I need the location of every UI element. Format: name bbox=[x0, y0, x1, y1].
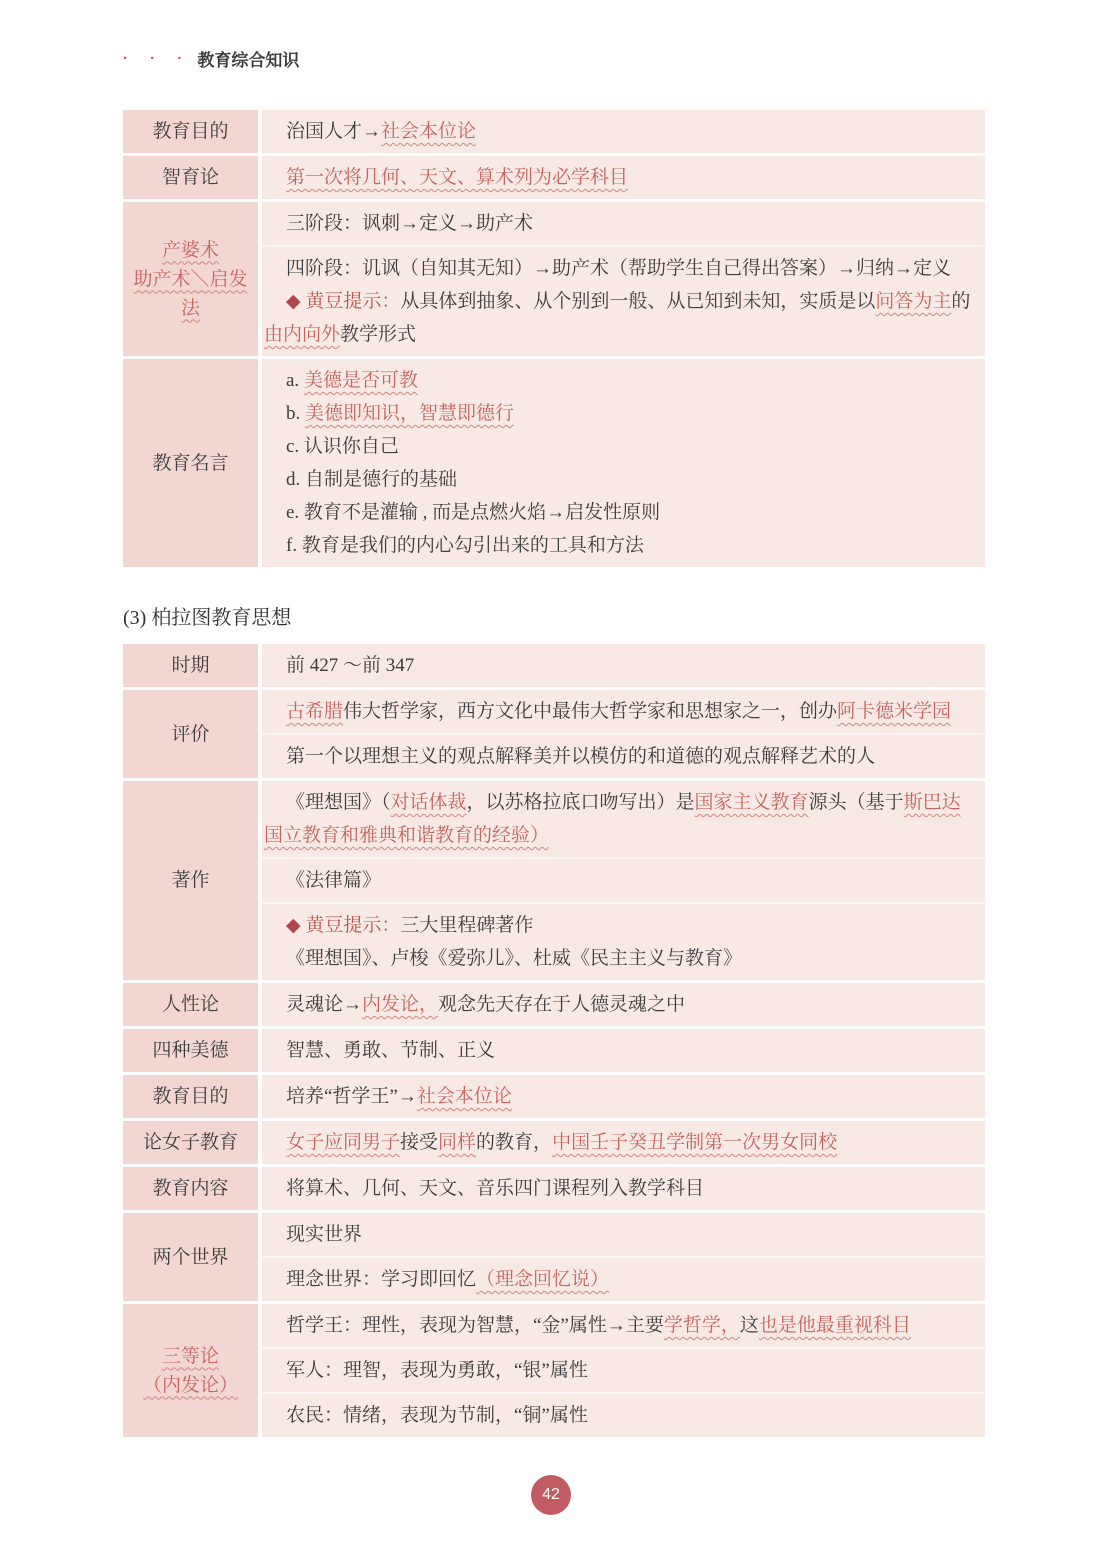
content-paragraph: 《理想国》（对话体裁，以苏格拉底口吻写出）是国家主义教育源头（基于斯巴达国立教育… bbox=[264, 786, 973, 852]
text-run: 《法律篇》 bbox=[286, 870, 381, 891]
text-run: 阿卡德米学园 bbox=[837, 701, 951, 722]
row-label: 三等论（内发论） bbox=[123, 1304, 258, 1437]
label-line: 智育论 bbox=[162, 163, 219, 192]
text-run: a. bbox=[286, 370, 304, 391]
content-paragraph: 智慧、勇敢、节制、正义 bbox=[264, 1034, 973, 1067]
table-row: 评价古希腊伟大哲学家，西方文化中最伟大哲学家和思想家之一，创办阿卡德米学园第一个… bbox=[123, 690, 985, 778]
text-run: 军人：理智，表现为勇敢，“银”属性 bbox=[286, 1360, 588, 1381]
section-heading: (3) 柏拉图教育思想 bbox=[123, 601, 985, 630]
page-header: · · · 教育综合知识 bbox=[123, 46, 985, 70]
row-label: 产婆术助产术＼启发法 bbox=[123, 202, 258, 356]
text-run: 理念世界：学习即回忆 bbox=[286, 1269, 476, 1290]
text-run: 助产术＼启发法 bbox=[133, 269, 247, 319]
page-footer: 42 bbox=[0, 1437, 1102, 1541]
text-run: 教育目的 bbox=[152, 121, 228, 142]
text-run: 接受 bbox=[400, 1132, 438, 1153]
text-run: （内发论） bbox=[143, 1375, 238, 1396]
header-title: 教育综合知识 bbox=[197, 46, 299, 71]
row-label: 两个世界 bbox=[123, 1213, 258, 1301]
row-label: 教育名言 bbox=[123, 359, 258, 567]
content-paragraph: 培养“哲学王”→社会本位论 bbox=[264, 1080, 973, 1113]
text-run: 同样 bbox=[438, 1132, 476, 1153]
text-run: 产婆术 bbox=[162, 240, 219, 261]
text-run: ，以苏格拉底口吻写出）是 bbox=[467, 792, 695, 813]
content-subrow: 古希腊伟大哲学家，西方文化中最伟大哲学家和思想家之一，创办阿卡德米学园 bbox=[262, 690, 985, 733]
text-run: 美德是否可教 bbox=[304, 370, 418, 391]
text-run: 论女子教育 bbox=[143, 1132, 238, 1153]
text-run: 这 bbox=[740, 1315, 759, 1336]
text-run: 黄豆提示： bbox=[305, 291, 400, 312]
content-subrow: 治国人才→社会本位论 bbox=[262, 110, 985, 153]
content-paragraph: 古希腊伟大哲学家，西方文化中最伟大哲学家和思想家之一，创办阿卡德米学园 bbox=[264, 695, 973, 728]
content-paragraph: 第一个以理想主义的观点解释美并以模仿的和道德的观点解释艺术的人 bbox=[264, 740, 973, 773]
header-dots-icon: · · · bbox=[123, 50, 191, 67]
row-label: 评价 bbox=[123, 690, 258, 778]
content-paragraph: 三阶段：讽刺→定义→助产术 bbox=[264, 207, 973, 240]
text-run: 美德即知识，智慧即德行 bbox=[305, 403, 514, 424]
content-subrow: 哲学王：理性，表现为智慧，“金”属性→主要学哲学，这也是他最重视科目 bbox=[262, 1304, 985, 1347]
row-label: 教育内容 bbox=[123, 1167, 258, 1210]
content-paragraph: 灵魂论→内发论，观念先天存在于人德灵魂之中 bbox=[264, 988, 973, 1021]
label-line: 论女子教育 bbox=[143, 1128, 238, 1157]
text-run: 古希腊 bbox=[286, 701, 343, 722]
text-run: 时期 bbox=[171, 655, 209, 676]
label-line: 教育内容 bbox=[152, 1174, 228, 1203]
table-row: 论女子教育女子应同男子接受同样的教育，中国壬子癸丑学制第一次男女同校 bbox=[123, 1121, 985, 1164]
content-subrow: 《法律篇》 bbox=[262, 857, 985, 902]
text-run: 问答为主 bbox=[875, 291, 951, 312]
row-content: 现实世界理念世界：学习即回忆（理念回忆说） bbox=[262, 1213, 985, 1301]
plato-table: 时期前 427 ～前 347评价古希腊伟大哲学家，西方文化中最伟大哲学家和思想家… bbox=[123, 644, 985, 1437]
page-number-badge: 42 bbox=[531, 1475, 571, 1515]
content-subrow: 农民：情绪，表现为节制，“铜”属性 bbox=[262, 1392, 985, 1437]
text-run: 第一个以理想主义的观点解释美并以模仿的和道德的观点解释艺术的人 bbox=[286, 746, 875, 767]
content-subrow: 第一次将几何、天文、算术列为必学科目 bbox=[262, 156, 985, 199]
text-run: 农民：情绪，表现为节制，“铜”属性 bbox=[286, 1405, 588, 1426]
content-subrow: 灵魂论→内发论，观念先天存在于人德灵魂之中 bbox=[262, 983, 985, 1026]
label-line: 四种美德 bbox=[152, 1036, 228, 1065]
row-content: a. 美德是否可教b. 美德即知识，智慧即德行c. 认识你自己d. 自制是德行的… bbox=[262, 359, 985, 567]
table-row: 人性论灵魂论→内发论，观念先天存在于人德灵魂之中 bbox=[123, 983, 985, 1026]
text-run: 人性论 bbox=[162, 994, 219, 1015]
row-label: 智育论 bbox=[123, 156, 258, 199]
text-run: 三等论 bbox=[162, 1346, 219, 1367]
content-paragraph: f. 教育是我们的内心勾引出来的工具和方法 bbox=[264, 529, 973, 562]
text-run: 评价 bbox=[171, 724, 209, 745]
content-paragraph: c. 认识你自己 bbox=[264, 430, 973, 463]
content-paragraph: 农民：情绪，表现为节制，“铜”属性 bbox=[264, 1399, 973, 1432]
text-run: 内发论， bbox=[362, 994, 438, 1015]
text-run: 哲学王：理性，表现为智慧，“金”属性→主要 bbox=[286, 1315, 664, 1336]
content-subrow: 军人：理智，表现为勇敢，“银”属性 bbox=[262, 1347, 985, 1392]
row-content: 智慧、勇敢、节制、正义 bbox=[262, 1029, 985, 1072]
content-paragraph: 《理想国》、卢梭《爱弥儿》、杜威《民主主义与教育》 bbox=[264, 942, 973, 975]
text-run: 中国壬子癸丑学制第一次男女同校 bbox=[552, 1132, 837, 1153]
content-paragraph: d. 自制是德行的基础 bbox=[264, 463, 973, 496]
row-content: 第一次将几何、天文、算术列为必学科目 bbox=[262, 156, 985, 199]
diamond-icon: ◆ bbox=[286, 915, 305, 936]
row-content: 灵魂论→内发论，观念先天存在于人德灵魂之中 bbox=[262, 983, 985, 1026]
label-line: 助产术＼启发法 bbox=[127, 265, 254, 323]
content-paragraph: 前 427 ～前 347 bbox=[264, 649, 973, 682]
content-subrow: 理念世界：学习即回忆（理念回忆说） bbox=[262, 1256, 985, 1301]
row-label: 教育目的 bbox=[123, 1075, 258, 1118]
row-content: 前 427 ～前 347 bbox=[262, 644, 985, 687]
text-run: f. 教育是我们的内心勾引出来的工具和方法 bbox=[286, 535, 644, 556]
text-run: c. 认识你自己 bbox=[286, 436, 399, 457]
text-run: 国家主义教育 bbox=[695, 792, 809, 813]
table-row: 教育目的治国人才→社会本位论 bbox=[123, 110, 985, 153]
text-run: 三大里程碑著作 bbox=[400, 915, 533, 936]
row-content: 哲学王：理性，表现为智慧，“金”属性→主要学哲学，这也是他最重视科目军人：理智，… bbox=[262, 1304, 985, 1437]
label-line: 人性论 bbox=[162, 990, 219, 1019]
text-run: 的教育， bbox=[476, 1132, 552, 1153]
label-line: 著作 bbox=[171, 866, 209, 895]
content-subrow: 第一个以理想主义的观点解释美并以模仿的和道德的观点解释艺术的人 bbox=[262, 733, 985, 778]
content-subrow: 女子应同男子接受同样的教育，中国壬子癸丑学制第一次男女同校 bbox=[262, 1121, 985, 1164]
text-run: 对话体裁 bbox=[391, 792, 467, 813]
table-row: 教育名言a. 美德是否可教b. 美德即知识，智慧即德行c. 认识你自己d. 自制… bbox=[123, 359, 985, 567]
text-run: 《理想国》、卢梭《爱弥儿》、杜威《民主主义与教育》 bbox=[286, 948, 742, 969]
text-run: 三阶段：讽刺→定义→助产术 bbox=[286, 213, 533, 234]
table-row: 三等论（内发论）哲学王：理性，表现为智慧，“金”属性→主要学哲学，这也是他最重视… bbox=[123, 1304, 985, 1437]
text-run: 从具体到抽象、从个别到一般、从已知到未知，实质是以 bbox=[400, 291, 875, 312]
label-line: 两个世界 bbox=[152, 1243, 228, 1272]
text-run: 治国人才→ bbox=[286, 121, 381, 142]
text-run: 将算术、几何、天文、音乐四门课程列入教学科目 bbox=[286, 1178, 704, 1199]
row-content: 培养“哲学王”→社会本位论 bbox=[262, 1075, 985, 1118]
label-line: 教育名言 bbox=[152, 449, 228, 478]
text-run: 教育目的 bbox=[152, 1086, 228, 1107]
row-label: 教育目的 bbox=[123, 110, 258, 153]
row-content: 将算术、几何、天文、音乐四门课程列入教学科目 bbox=[262, 1167, 985, 1210]
row-content: 女子应同男子接受同样的教育，中国壬子癸丑学制第一次男女同校 bbox=[262, 1121, 985, 1164]
text-run: 《理想国》（ bbox=[286, 792, 391, 813]
text-run: 社会本位论 bbox=[417, 1086, 512, 1107]
content-subrow: 培养“哲学王”→社会本位论 bbox=[262, 1075, 985, 1118]
text-run: 由内向外 bbox=[264, 324, 340, 345]
table-row: 两个世界现实世界理念世界：学习即回忆（理念回忆说） bbox=[123, 1213, 985, 1301]
content-paragraph: 哲学王：理性，表现为智慧，“金”属性→主要学哲学，这也是他最重视科目 bbox=[264, 1309, 973, 1342]
content-subrow: 三阶段：讽刺→定义→助产术 bbox=[262, 202, 985, 245]
text-run: 观念先天存在于人德灵魂之中 bbox=[438, 994, 685, 1015]
text-run: 两个世界 bbox=[152, 1247, 228, 1268]
table-row: 四种美德智慧、勇敢、节制、正义 bbox=[123, 1029, 985, 1072]
content-paragraph: a. 美德是否可教 bbox=[264, 364, 973, 397]
text-run: 源头（基于 bbox=[809, 792, 904, 813]
text-run: 灵魂论→ bbox=[286, 994, 362, 1015]
content-subrow: 《理想国》（对话体裁，以苏格拉底口吻写出）是国家主义教育源头（基于斯巴达国立教育… bbox=[262, 781, 985, 857]
text-run: e. 教育不是灌输 , 而是点燃火焰→启发性原则 bbox=[286, 502, 660, 523]
socrates-table: 教育目的治国人才→社会本位论智育论第一次将几何、天文、算术列为必学科目产婆术助产… bbox=[123, 110, 985, 567]
label-line: 教育目的 bbox=[152, 117, 228, 146]
text-run: 培养“哲学王”→ bbox=[286, 1086, 417, 1107]
content-paragraph: e. 教育不是灌输 , 而是点燃火焰→启发性原则 bbox=[264, 496, 973, 529]
document-page: · · · 教育综合知识 教育目的治国人才→社会本位论智育论第一次将几何、天文、… bbox=[0, 0, 1102, 1437]
label-line: 产婆术 bbox=[162, 236, 219, 265]
text-run: 的 bbox=[951, 291, 970, 312]
content-paragraph: ◆ 黄豆提示：三大里程碑著作 bbox=[264, 909, 973, 942]
content-subrow: 现实世界 bbox=[262, 1213, 985, 1256]
content-paragraph: 第一次将几何、天文、算术列为必学科目 bbox=[264, 161, 973, 194]
content-paragraph: ◆ 黄豆提示：从具体到抽象、从个别到一般、从已知到未知，实质是以问答为主的由内向… bbox=[264, 285, 973, 351]
text-run: 智慧、勇敢、节制、正义 bbox=[286, 1040, 495, 1061]
row-content: 《理想国》（对话体裁，以苏格拉底口吻写出）是国家主义教育源头（基于斯巴达国立教育… bbox=[262, 781, 985, 980]
text-run: 著作 bbox=[171, 870, 209, 891]
row-label: 人性论 bbox=[123, 983, 258, 1026]
label-line: 教育目的 bbox=[152, 1082, 228, 1111]
row-label: 著作 bbox=[123, 781, 258, 980]
text-run: 第一次将几何、天文、算术列为必学科目 bbox=[286, 167, 628, 188]
row-content: 三阶段：讽刺→定义→助产术四阶段：讥讽（自知其无知）→助产术（帮助学生自己得出答… bbox=[262, 202, 985, 356]
content-subrow: 四阶段：讥讽（自知其无知）→助产术（帮助学生自己得出答案）→归纳→定义◆ 黄豆提… bbox=[262, 245, 985, 356]
label-line: 三等论 bbox=[162, 1342, 219, 1371]
content-paragraph: 将算术、几何、天文、音乐四门课程列入教学科目 bbox=[264, 1172, 973, 1205]
content-subrow: ◆ 黄豆提示：三大里程碑著作《理想国》、卢梭《爱弥儿》、杜威《民主主义与教育》 bbox=[262, 902, 985, 980]
text-run: 社会本位论 bbox=[381, 121, 476, 142]
text-run: 伟大哲学家，西方文化中最伟大哲学家和思想家之一，创办 bbox=[343, 701, 837, 722]
label-line: （内发论） bbox=[143, 1371, 238, 1400]
content-subrow: a. 美德是否可教b. 美德即知识，智慧即德行c. 认识你自己d. 自制是德行的… bbox=[262, 359, 985, 567]
table-row: 教育目的培养“哲学王”→社会本位论 bbox=[123, 1075, 985, 1118]
content-paragraph: 四阶段：讥讽（自知其无知）→助产术（帮助学生自己得出答案）→归纳→定义 bbox=[264, 252, 973, 285]
text-run: 黄豆提示： bbox=[305, 915, 400, 936]
table-row: 时期前 427 ～前 347 bbox=[123, 644, 985, 687]
content-subrow: 前 427 ～前 347 bbox=[262, 644, 985, 687]
text-run: 四种美德 bbox=[152, 1040, 228, 1061]
table-row: 著作《理想国》（对话体裁，以苏格拉底口吻写出）是国家主义教育源头（基于斯巴达国立… bbox=[123, 781, 985, 980]
label-line: 评价 bbox=[171, 720, 209, 749]
row-label: 论女子教育 bbox=[123, 1121, 258, 1164]
text-run: 也是他最重视科目 bbox=[759, 1315, 911, 1336]
text-run: 前 427 ～前 347 bbox=[286, 655, 414, 676]
row-content: 治国人才→社会本位论 bbox=[262, 110, 985, 153]
table-row: 智育论第一次将几何、天文、算术列为必学科目 bbox=[123, 156, 985, 199]
content-paragraph: 《法律篇》 bbox=[264, 864, 973, 897]
row-label: 四种美德 bbox=[123, 1029, 258, 1072]
text-run: d. 自制是德行的基础 bbox=[286, 469, 457, 490]
table-row: 教育内容将算术、几何、天文、音乐四门课程列入教学科目 bbox=[123, 1167, 985, 1210]
content-paragraph: 理念世界：学习即回忆（理念回忆说） bbox=[264, 1263, 973, 1296]
row-content: 古希腊伟大哲学家，西方文化中最伟大哲学家和思想家之一，创办阿卡德米学园第一个以理… bbox=[262, 690, 985, 778]
content-subrow: 智慧、勇敢、节制、正义 bbox=[262, 1029, 985, 1072]
table-row: 产婆术助产术＼启发法三阶段：讽刺→定义→助产术四阶段：讥讽（自知其无知）→助产术… bbox=[123, 202, 985, 356]
text-run: （理念回忆说） bbox=[476, 1269, 609, 1290]
text-run: 现实世界 bbox=[286, 1224, 362, 1245]
label-line: 时期 bbox=[171, 651, 209, 680]
text-run: 教育名言 bbox=[152, 453, 228, 474]
text-run: 女子应同男子 bbox=[286, 1132, 400, 1153]
text-run: 教学形式 bbox=[340, 324, 416, 345]
row-label: 时期 bbox=[123, 644, 258, 687]
text-run: 四阶段：讥讽（自知其无知）→助产术（帮助学生自己得出答案）→归纳→定义 bbox=[286, 258, 951, 279]
content-paragraph: 军人：理智，表现为勇敢，“银”属性 bbox=[264, 1354, 973, 1387]
content-subrow: 将算术、几何、天文、音乐四门课程列入教学科目 bbox=[262, 1167, 985, 1210]
text-run: b. bbox=[286, 403, 305, 424]
content-paragraph: 治国人才→社会本位论 bbox=[264, 115, 973, 148]
content-paragraph: b. 美德即知识，智慧即德行 bbox=[264, 397, 973, 430]
text-run: 教育内容 bbox=[152, 1178, 228, 1199]
diamond-icon: ◆ bbox=[286, 291, 305, 312]
content-paragraph: 女子应同男子接受同样的教育，中国壬子癸丑学制第一次男女同校 bbox=[264, 1126, 973, 1159]
text-run: 智育论 bbox=[162, 167, 219, 188]
text-run: 学哲学， bbox=[664, 1315, 740, 1336]
content-paragraph: 现实世界 bbox=[264, 1218, 973, 1251]
